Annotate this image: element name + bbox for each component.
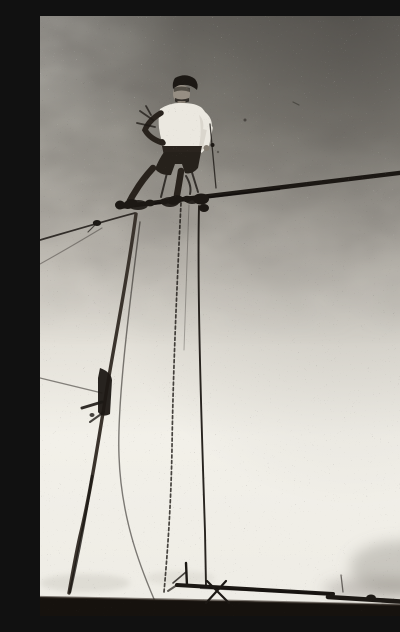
photo-canvas [40, 16, 400, 616]
film-grain-light [40, 16, 400, 616]
photograph [40, 16, 400, 616]
